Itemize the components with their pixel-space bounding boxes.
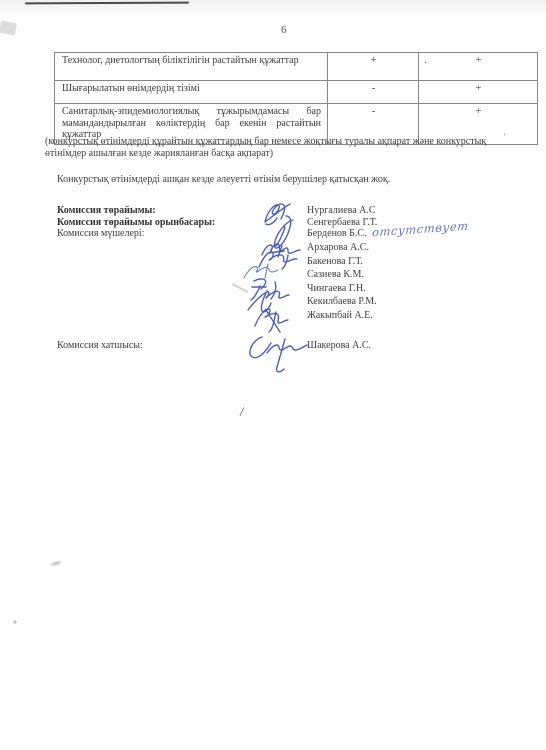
footnote-line: (конкурстық өтінімдерді құрайтын құжатта… <box>45 136 530 148</box>
signature-secretary <box>250 337 307 372</box>
table-cell-label: Шығарылатын өнімдердің тізімі <box>55 81 328 104</box>
deputy-label: Комиссия төрайымы орынбасары: <box>57 217 215 228</box>
handwritten-note: отсутствует <box>371 219 469 240</box>
table-cell-mark: + <box>419 81 538 104</box>
table-row: Шығарылатын өнімдердің тізімі - + <box>55 81 538 104</box>
signature-member <box>255 309 288 332</box>
scan-stray-dot: · <box>424 58 427 69</box>
scan-stray-tick: ' <box>504 132 506 142</box>
scanned-document-page: 6 Технолог, диетологтың біліктілігін рас… <box>0 0 546 750</box>
chair-label: Комиссия төрайымы: <box>57 205 156 216</box>
table-row: Технолог, диетологтың біліктілігін раста… <box>55 53 538 81</box>
signature-member <box>259 251 297 269</box>
table-cell-mark: - <box>328 81 419 104</box>
signatures-layer <box>228 193 338 373</box>
signature-chair <box>265 204 290 225</box>
scan-speck <box>50 560 63 568</box>
signature-member <box>251 279 276 300</box>
table-cell-label: Технолог, диетологтың біліктілігін раста… <box>55 53 328 81</box>
scan-stray-slash: / <box>239 404 244 420</box>
signature-member <box>244 264 278 278</box>
attendance-statement: Конкурстық өтінімдерді ашқан кезде әлеуе… <box>57 174 527 185</box>
documents-checklist-table: Технолог, диетологтың біліктілігін раста… <box>54 52 538 145</box>
scan-speck <box>13 620 17 624</box>
members-label: Комиссия мүшелері: <box>57 228 144 239</box>
scan-artifact-corner-blob <box>0 20 17 35</box>
table-footnote: (конкурстық өтінімдерді құрайтын құжатта… <box>45 136 530 159</box>
table-cell-mark: + <box>328 53 419 81</box>
page-number: 6 <box>281 24 287 36</box>
secretary-label: Комиссия хатшысы: <box>57 340 143 351</box>
footnote-line: өтінімдер ашылған кезде жарияланған басқ… <box>45 148 530 160</box>
table-cell-mark: + <box>419 53 538 81</box>
